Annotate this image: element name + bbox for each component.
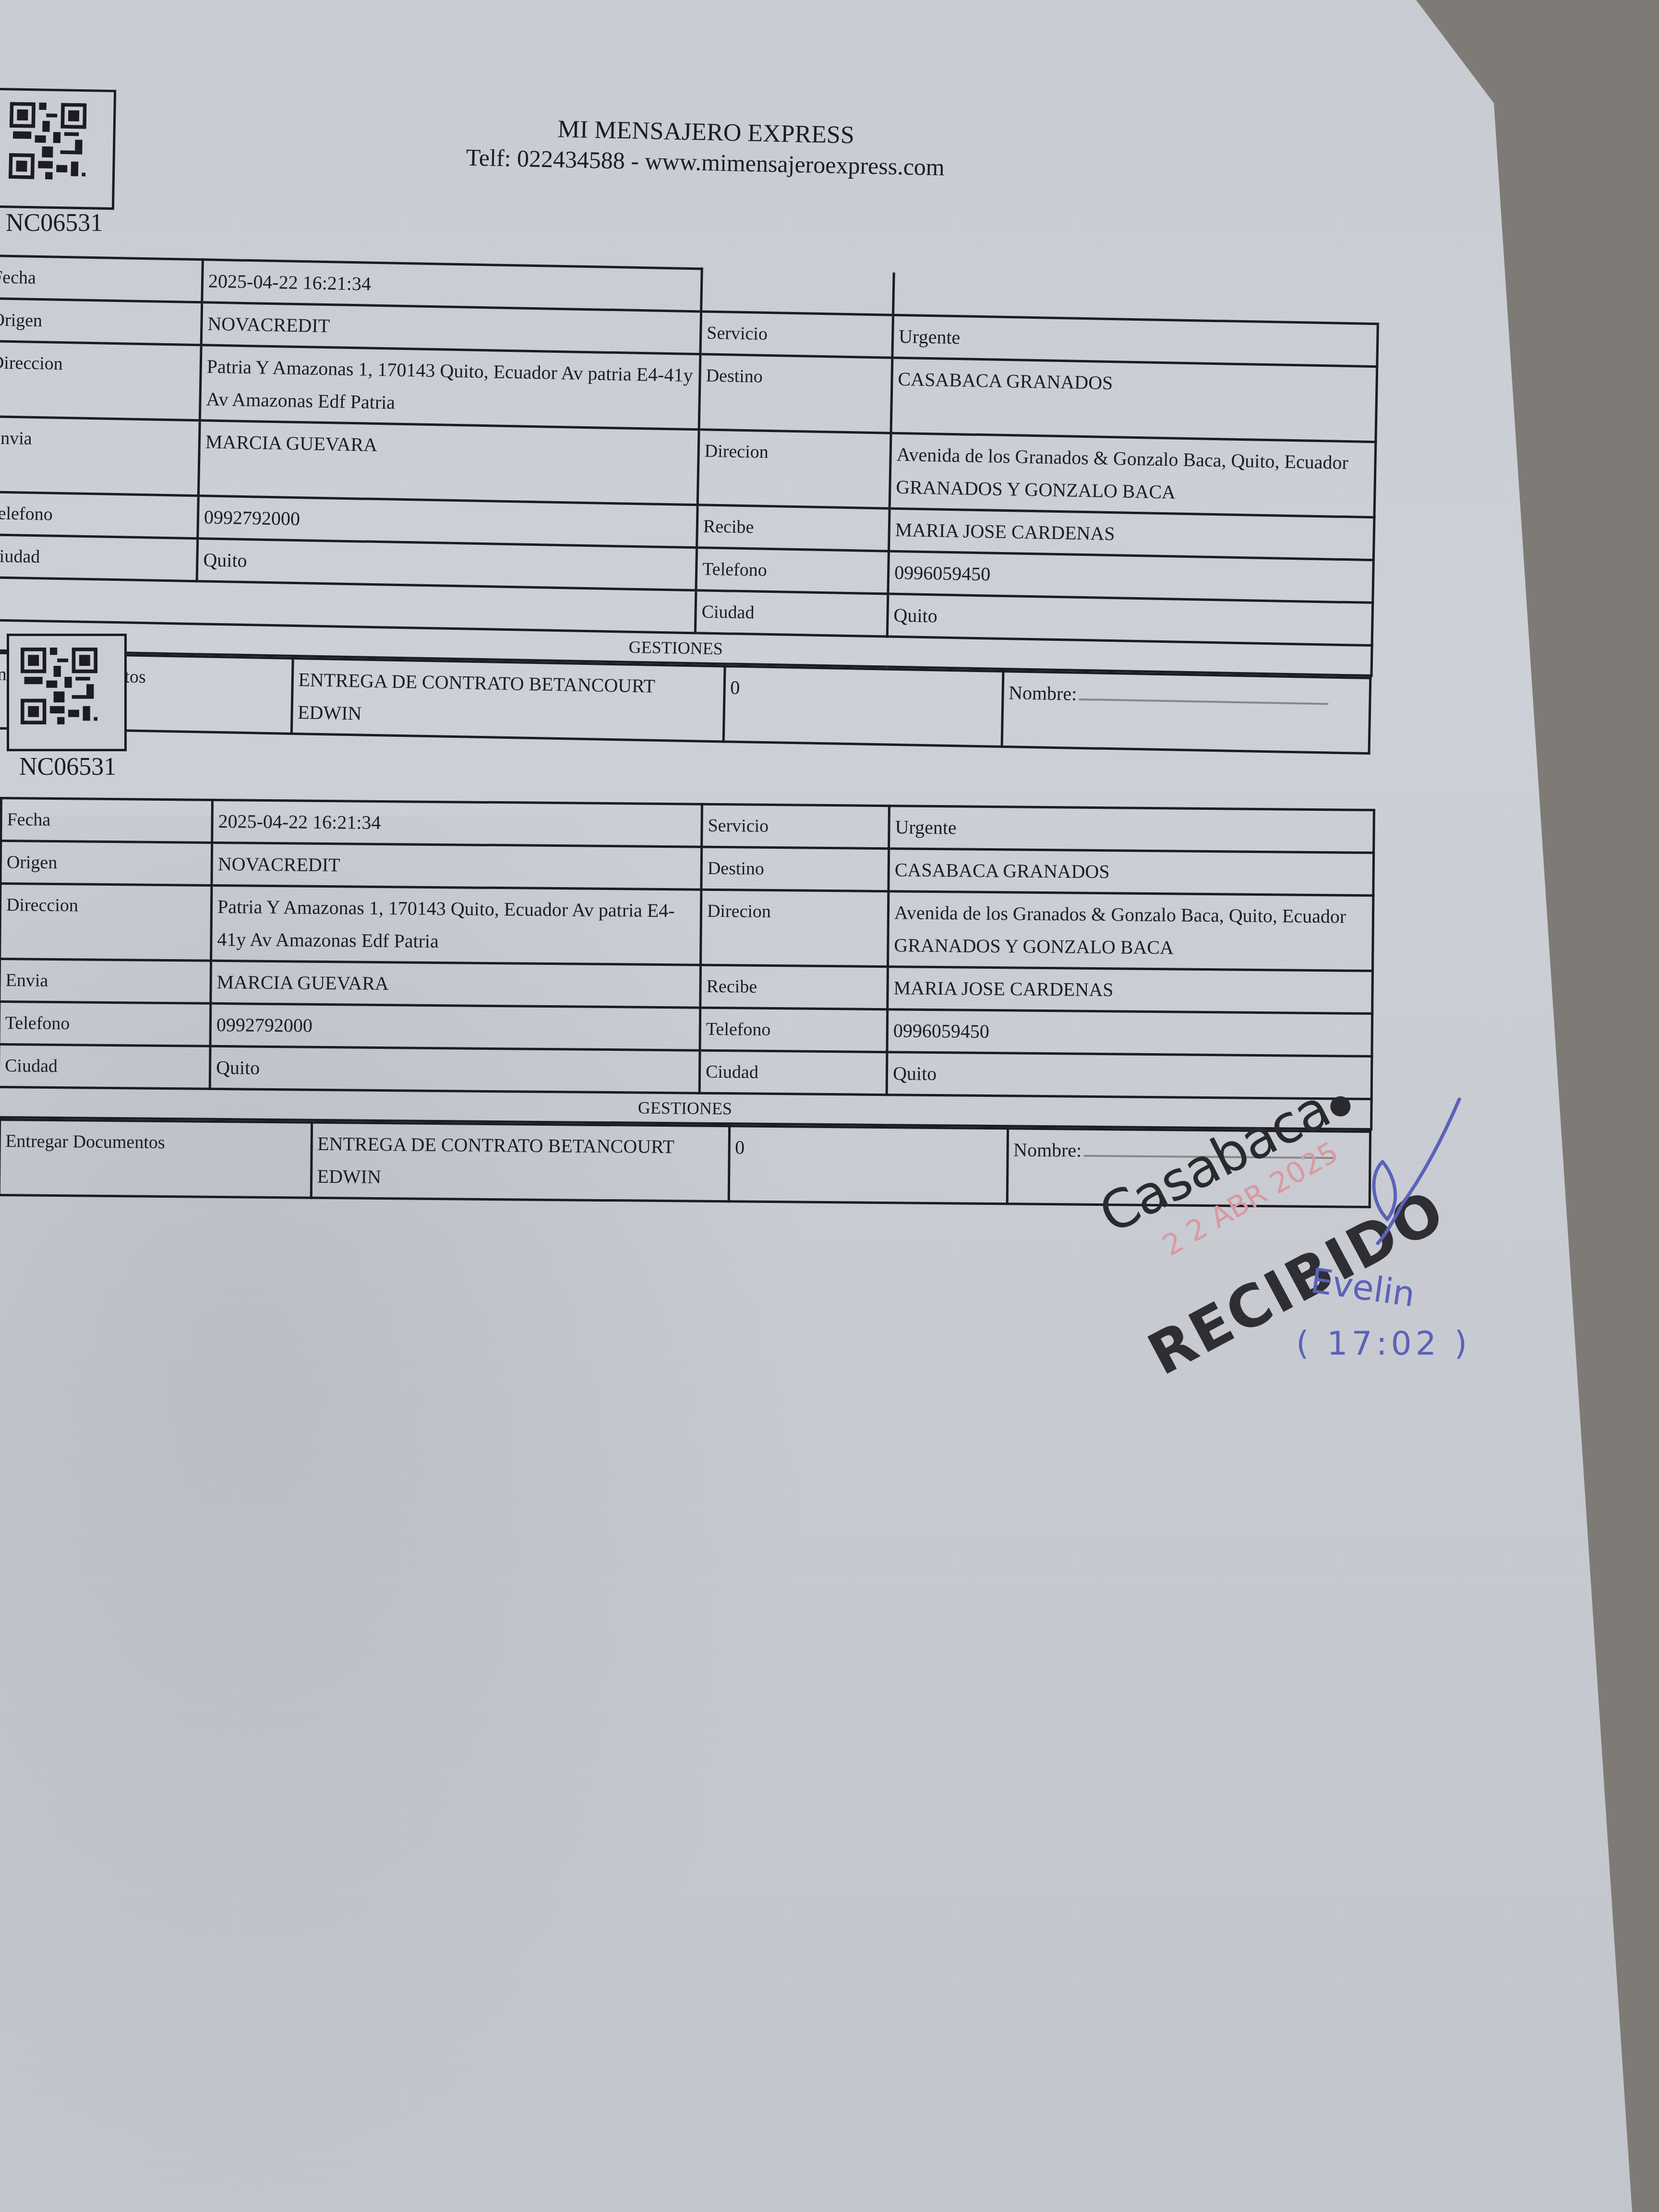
gestion-type: Entregar Documentos [0,1120,312,1198]
label-direcion: Direcion [700,890,888,966]
value-direccion: Patria Y Amazonas 1, 170143 Quito, Ecuad… [211,885,701,965]
document-header: MI MENSAJERO EXPRESS Telf: 022434588 - w… [441,112,970,182]
value-telefono-dest: 0996059450 [887,1010,1372,1057]
label-destino: Destino [699,354,892,433]
label-origen: Origen [0,841,212,886]
value-recibe: MARIA JOSE CARDENAS [888,967,1373,1014]
value-destino: CASABACA GRANADOS [891,358,1377,442]
value-destino: CASABACA GRANADOS [889,849,1374,896]
label-fecha: Fecha [0,256,203,302]
nombre-signature-line [1079,698,1328,705]
label-ciudad: Ciudad [0,1045,210,1089]
value-direcion: Avenida de los Granados & Gonzalo Baca, … [890,433,1376,517]
gestion-quantity: 0 [729,1126,1008,1204]
table-row: Direccion Patria Y Amazonas 1, 170143 Qu… [0,884,1373,971]
label-fecha: Fecha [1,798,213,843]
label-ciudad: Ciudad [0,534,198,581]
label-direcion: Direcion [697,430,891,508]
value-origen: NOVACREDIT [212,842,702,890]
qr-code-box-2 [7,634,127,751]
gestion-nombre: Nombre: [1002,671,1370,753]
label-telefono: Telefono [0,492,198,538]
label-envia: Envia [0,416,200,495]
label-direccion: Direccion [0,341,201,421]
label-direccion: Direccion [0,884,212,961]
label-servicio: Servicio [702,804,890,848]
signature-scribble-icon [1176,1080,1464,1248]
tracking-code-1: NC06531 [6,209,103,237]
label-envia: Envia [0,959,211,1004]
qr-code-icon [9,102,87,180]
value-telefono: 0992792000 [210,1003,700,1050]
gestion-description: ENTREGA DE CONTRATO BETANCOURT EDWIN [311,1122,729,1202]
received-handwritten-time: ( 17:02 ) [1296,1325,1471,1363]
qr-code-icon [21,648,97,724]
label-ciudad-dest: Ciudad [695,590,888,637]
label-telefono-dest: Telefono [700,1008,888,1052]
shipment-table-1: Fecha 2025-04-22 16:21:34 Origen NOVACRE… [0,254,1380,755]
label-telefono-dest: Telefono [696,548,889,594]
value-direccion: Patria Y Amazonas 1, 170143 Quito, Ecuad… [200,345,700,430]
label-recibe: Recibe [697,505,890,551]
label-ciudad-dest: Ciudad [699,1050,887,1094]
value-ciudad: Quito [210,1046,700,1093]
empty-cell [701,269,894,315]
value-envia: MARCIA GUEVARA [198,421,699,505]
nombre-label: Nombre: [1009,682,1077,705]
label-servicio: Servicio [700,312,893,358]
gestion-description: ENTREGA DE CONTRATO BETANCOURT EDWIN [291,658,725,741]
label-recibe: Recibe [700,965,888,1009]
gestion-quantity: 0 [723,666,1003,747]
nombre-label: Nombre: [1013,1139,1082,1161]
label-telefono: Telefono [0,1002,211,1046]
qr-code-box-1 [0,88,116,210]
value-direcion: Avenida de los Granados & Gonzalo Baca, … [888,891,1373,971]
label-origen: Origen [0,299,202,345]
value-fecha: 2025-04-22 16:21:34 [212,800,702,847]
label-destino: Destino [701,847,889,891]
value-servicio: Urgente [889,806,1374,853]
tracking-code-2: NC06531 [19,753,116,781]
value-envia: MARCIA GUEVARA [211,961,701,1008]
